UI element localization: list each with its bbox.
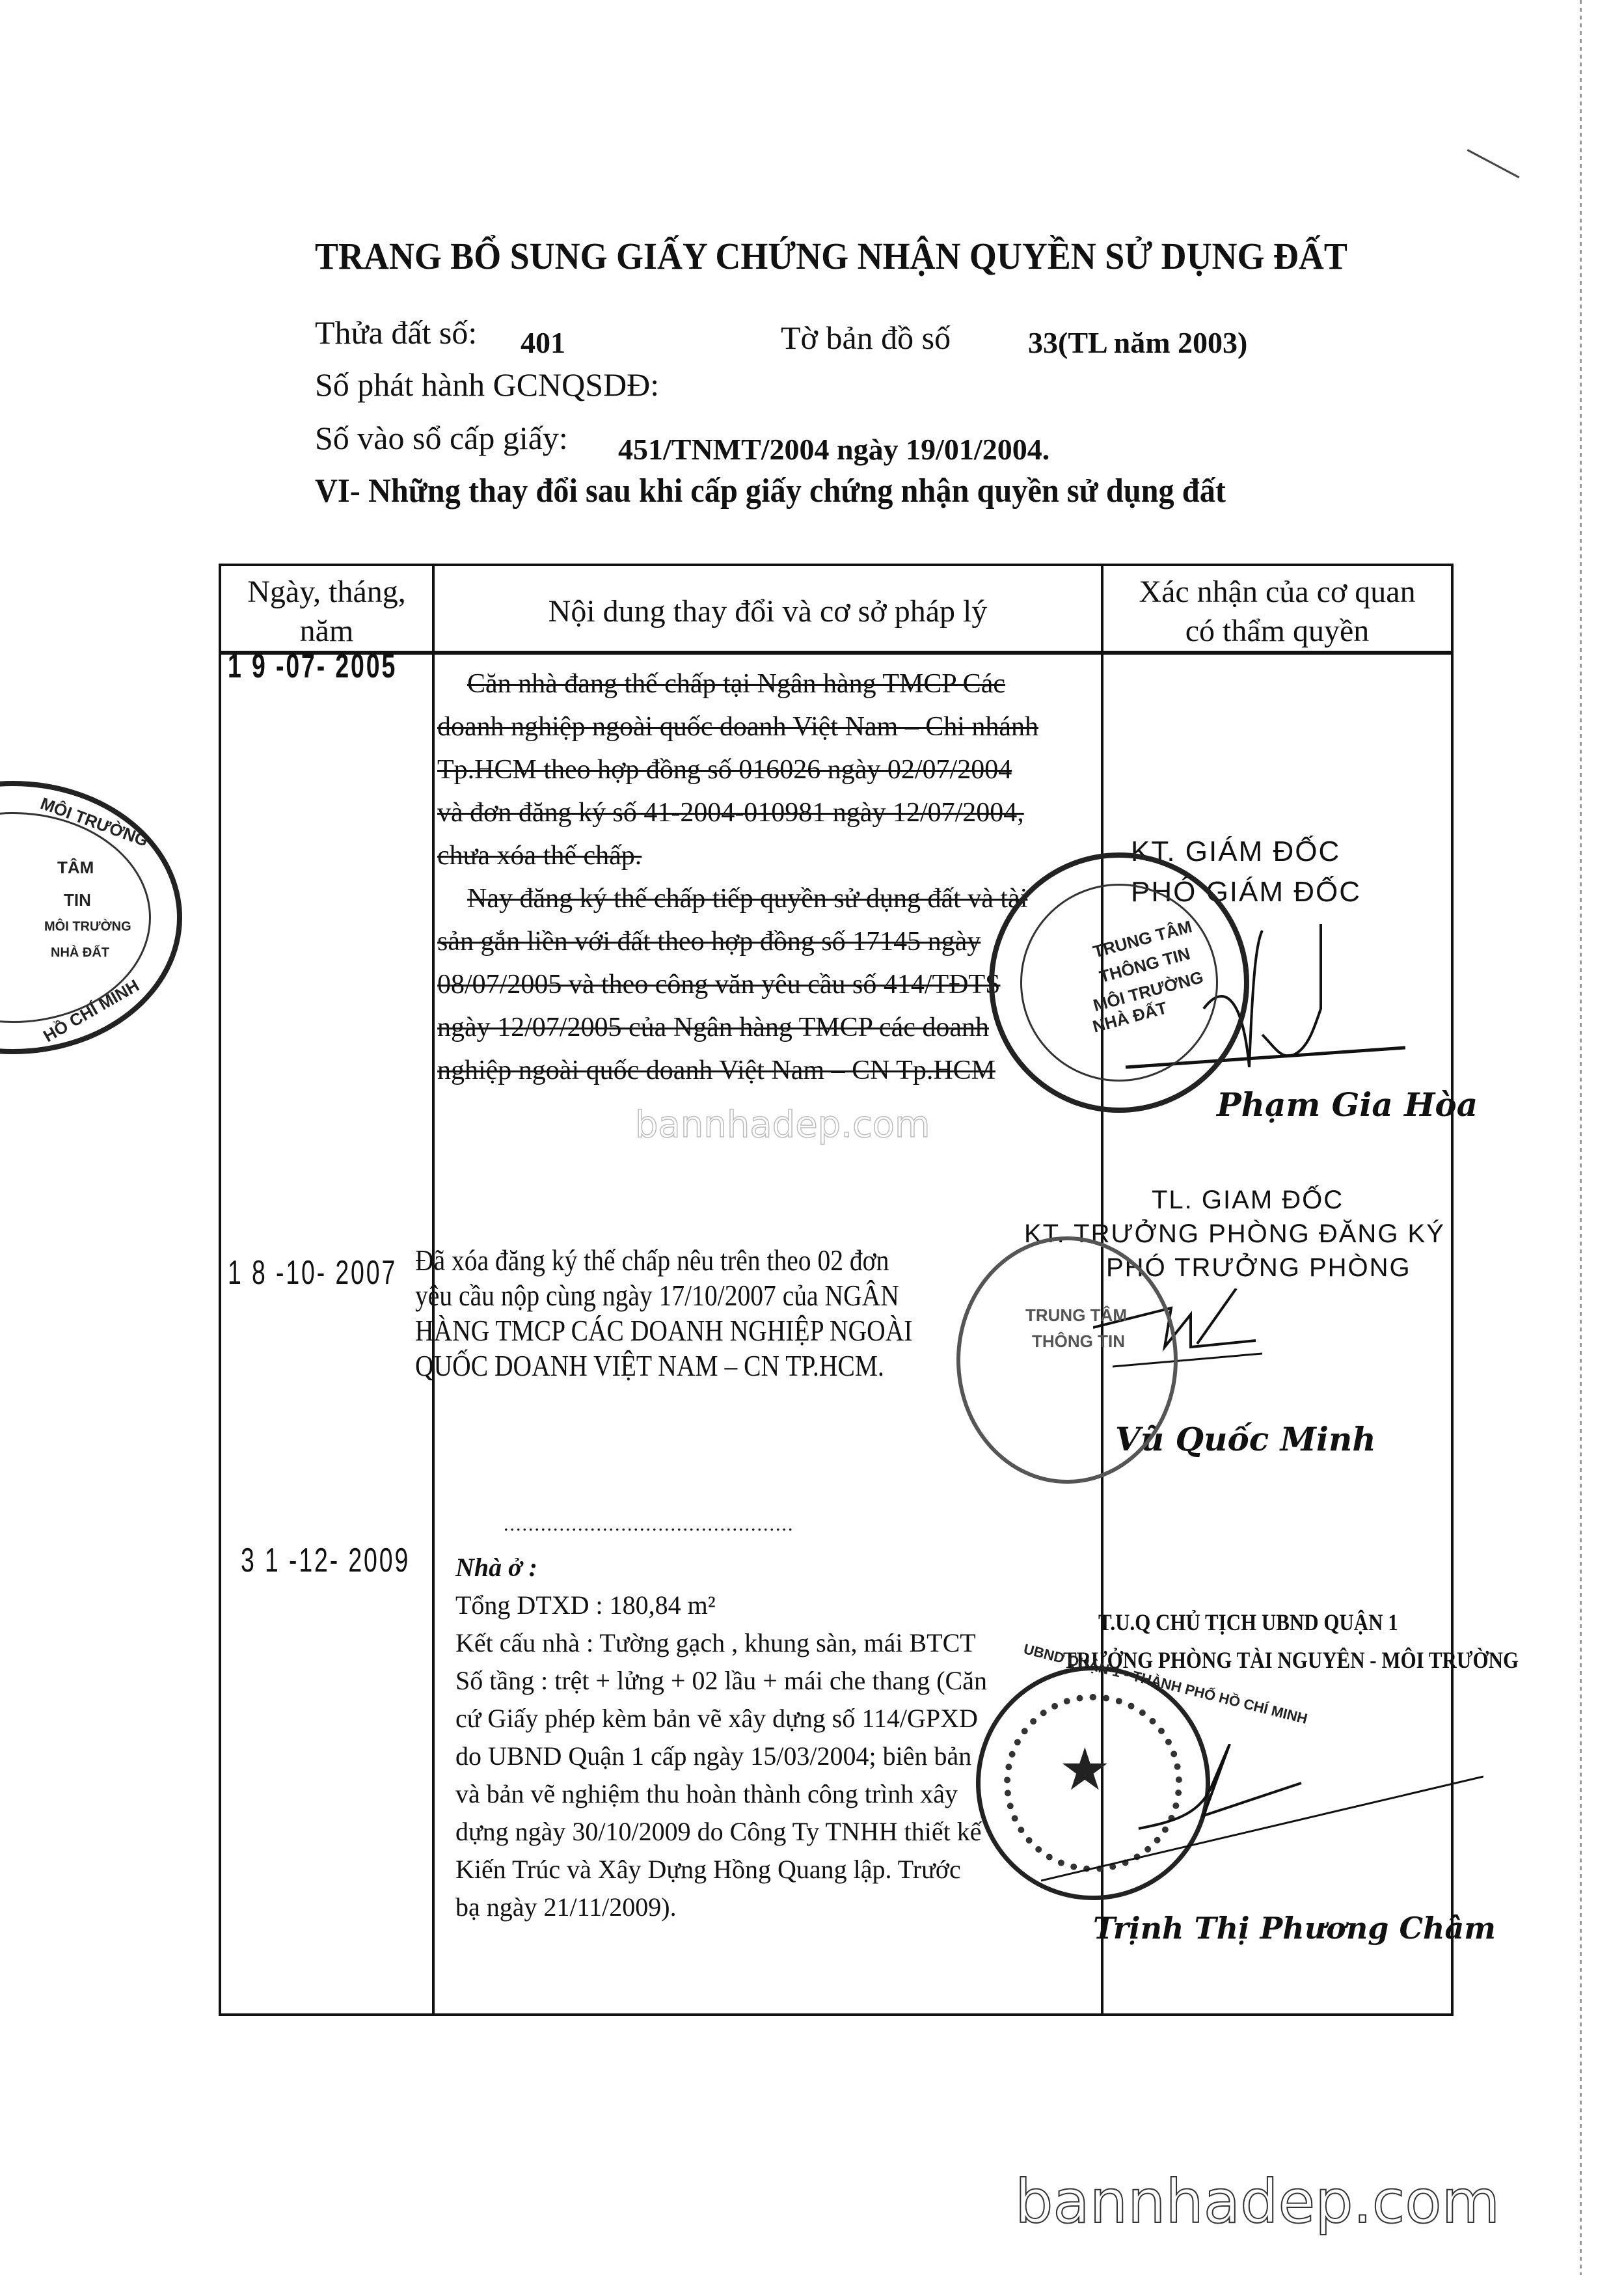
row3-line: bạ ngày 21/11/2009).	[455, 1888, 987, 1926]
map-sheet-label: Tờ bản đồ số	[781, 319, 951, 357]
row3-date: 3 1 -12- 2009	[241, 1541, 410, 1580]
row3-heading: Nhà ở :	[455, 1549, 987, 1587]
stamp-row2: TRUNG TÂM THÔNG TIN	[956, 1236, 1178, 1484]
scan-edge	[1580, 0, 1582, 2275]
header-date-line2: năm	[221, 612, 432, 651]
row3-content: Nhà ở : Tổng DTXD : 180,84 m² Kết cấu nh…	[455, 1549, 987, 1926]
header-date-line1: Ngày, tháng,	[221, 573, 432, 612]
row1-content: Căn nhà đang thế chấp tại Ngân hàng TMCP…	[437, 662, 1038, 1092]
stamp-text: TIN	[64, 890, 91, 910]
stamp-center-environment: TRUNG TÂM THÔNG TIN MÔI TRƯỜNG NHÀ ĐẤT	[989, 852, 1249, 1113]
stamp-text: TRUNG TÂM	[1025, 1305, 1127, 1326]
header-date: Ngày, tháng, năm	[221, 573, 432, 651]
header-confirm-line2: có thẩm quyền	[1103, 612, 1451, 651]
header-confirm: Xác nhận của cơ quan có thẩm quyền	[1103, 573, 1451, 651]
stamp-left-margin: MÔI TRƯỜNG TÂM TIN MÔI TRƯỜNG NHÀ ĐẤT HỒ…	[0, 781, 182, 1054]
row1-line: Nay đăng ký thế chấp tiếp quyền sử dụng …	[437, 877, 1038, 920]
row3-separator: ........................................…	[504, 1514, 794, 1536]
row3-sig-name: Trịnh Thị Phương Châm	[1093, 1911, 1496, 1946]
row3-line: dựng ngày 30/10/2009 do Công Ty TNHH thi…	[455, 1813, 987, 1851]
row1-line: và đơn đăng ký số 41-2004-010981 ngày 12…	[437, 791, 1038, 834]
row3-line: và bản vẽ nghiệm thu hoàn thành công trì…	[455, 1775, 987, 1813]
row3-line: Kiến Trúc và Xây Dựng Hồng Quang lập. Tr…	[455, 1851, 987, 1888]
row3-line: Tổng DTXD : 180,84 m²	[455, 1587, 987, 1624]
row2-sig-title-1: TL. GIAM ĐỐC	[1152, 1186, 1344, 1215]
row1-line: doanh nghiệp ngoài quốc doanh Việt Nam –…	[437, 705, 1038, 748]
row2-date: 1 8 -10- 2007	[228, 1253, 397, 1292]
row2-line: Đã xóa đăng ký thế chấp nêu trên theo 02…	[415, 1243, 912, 1278]
stamp-text: TÂM	[57, 858, 94, 878]
row1-line: nghiệp ngoài quốc doanh Việt Nam – CN Tp…	[437, 1049, 1038, 1092]
parcel-label: Thửa đất số:	[315, 314, 477, 351]
issue-number-label: Số phát hành GCNQSDĐ:	[315, 366, 659, 403]
document-title: TRANG BỔ SUNG GIẤY CHỨNG NHẬN QUYỀN SỬ D…	[315, 234, 1347, 278]
row2-line: QUỐC DOANH VIỆT NAM – CN TP.HCM.	[415, 1348, 912, 1383]
row1-line: ngày 12/07/2005 của Ngân hàng TMCP các d…	[437, 1006, 1038, 1049]
row3-line: Kết cấu nhà : Tường gạch , khung sàn, má…	[455, 1624, 987, 1662]
registry-label: Số vào sổ cấp giấy:	[315, 419, 568, 457]
row1-line: chưa xóa thế chấp.	[437, 834, 1038, 877]
row3-line: do UBND Quận 1 cấp ngày 15/03/2004; biên…	[455, 1737, 987, 1775]
row2-line: yêu cầu nộp cùng ngày 17/10/2007 của NGÂ…	[415, 1278, 912, 1313]
stamp-text: MÔI TRƯỜNG	[44, 920, 131, 934]
header-content: Nội dung thay đổi và cơ sở pháp lý	[435, 592, 1101, 631]
row1-line: sản gắn liền với đất theo hợp đồng số 17…	[437, 920, 1038, 963]
row1-line: Tp.HCM theo hợp đồng số 016026 ngày 02/0…	[437, 748, 1038, 791]
header-divider	[219, 651, 1454, 655]
watermark-bottom: bannhadep.com	[1015, 2167, 1500, 2237]
row1-line: 08/07/2005 và theo công văn yêu cầu số 4…	[437, 963, 1038, 1006]
row3-line: Số tầng : trệt + lửng + 02 lầu + mái che…	[455, 1662, 987, 1700]
row1-date: 1 9 -07- 2005	[228, 647, 397, 686]
section-heading: VI- Những thay đổi sau khi cấp giấy chứn…	[315, 472, 1226, 510]
row2-content: Đã xóa đăng ký thế chấp nêu trên theo 02…	[415, 1243, 994, 1383]
parcel-value: 401	[521, 325, 565, 360]
header-confirm-line1: Xác nhận của cơ quan	[1103, 573, 1451, 612]
row1-line: Căn nhà đang thế chấp tại Ngân hàng TMCP…	[437, 662, 1038, 705]
registry-value: 451/TNMT/2004 ngày 19/01/2004.	[618, 432, 1049, 467]
row2-sig-title-3: PHÓ TRƯỞNG PHÒNG	[1106, 1253, 1411, 1283]
row1-sig-name: Phạm Gia Hòa	[1217, 1085, 1478, 1124]
row2-line: HÀNG TMCP CÁC DOANH NGHIỆP NGOÀI	[415, 1313, 912, 1348]
pen-mark	[1467, 149, 1520, 178]
stamp-text: THÔNG TIN	[1032, 1331, 1125, 1352]
map-sheet-value: 33(TL năm 2003)	[1028, 325, 1247, 360]
row3-line: cứ Giấy phép kèm bản vẽ xây dựng số 114/…	[455, 1700, 987, 1737]
stamp-text: NHÀ ĐẤT	[51, 946, 109, 960]
watermark-center: bannhadep.com	[635, 1104, 930, 1146]
row3-sig-title-1: T.U.Q CHỦ TỊCH UBND QUẬN 1	[1098, 1609, 1398, 1636]
row3-signature-scribble	[1041, 1744, 1483, 1887]
